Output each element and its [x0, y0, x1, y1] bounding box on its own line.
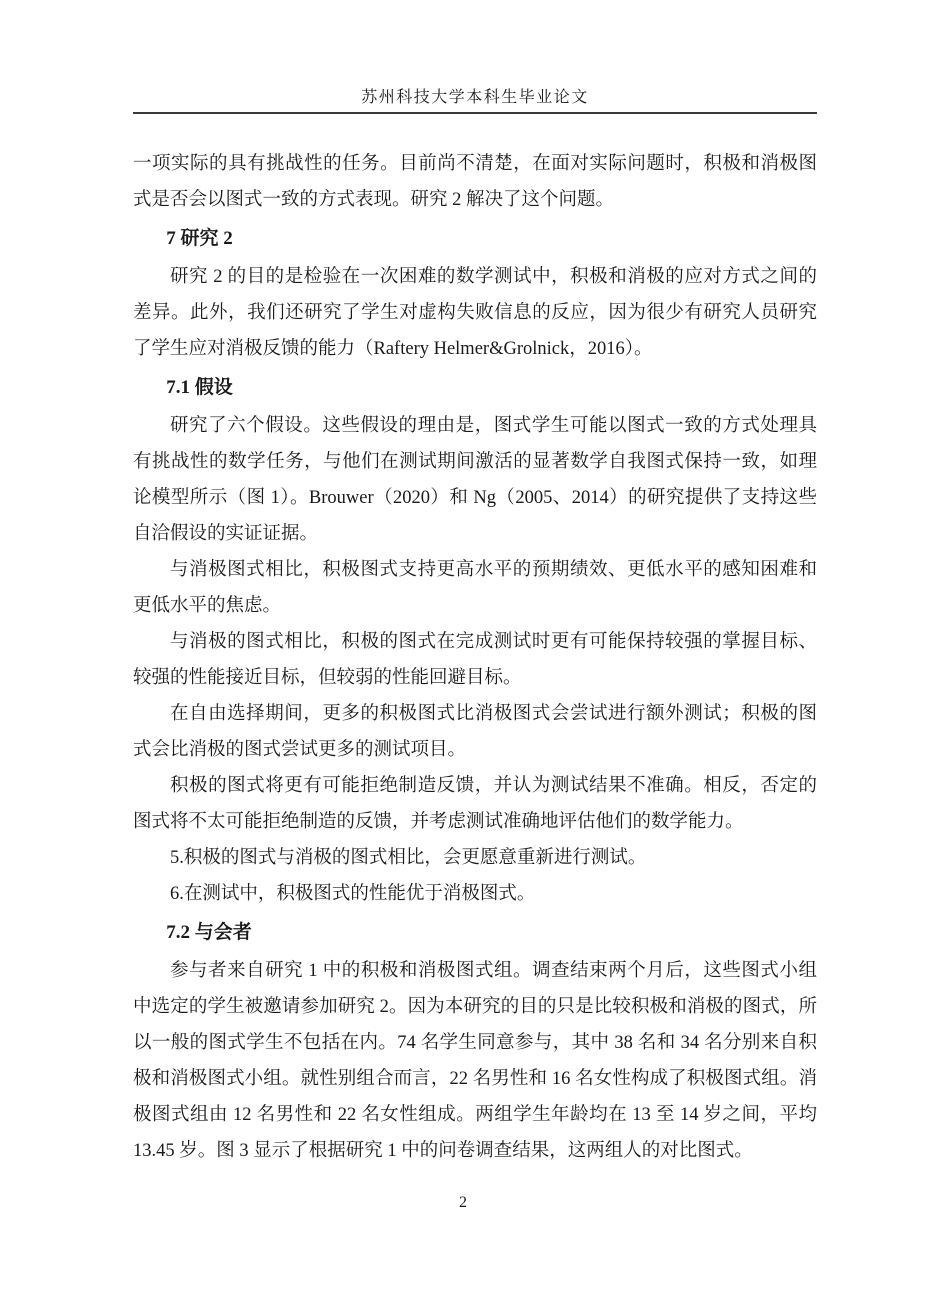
- subsection-heading-participants: 7.2 与会者: [133, 915, 817, 951]
- running-header-title: 苏州科技大学本科生毕业论文: [133, 84, 817, 107]
- paragraph-hypotheses-rationale: 研究了六个假设。这些假设的理由是，图式学生可能以图式一致的方式处理具有挑战性的数…: [133, 408, 817, 552]
- page-number: 2: [0, 1194, 926, 1212]
- paragraph-participants: 参与者来自研究 1 中的积极和消极图式组。调查结束两个月后，这些图式小组中选定的…: [133, 953, 817, 1169]
- subsection-heading-hypotheses: 7.1 假设: [133, 370, 817, 406]
- paragraph-hypothesis-5: 5.积极的图式与消极的图式相比，会更愿意重新进行测试。: [133, 840, 817, 876]
- section-heading-study-2: 7 研究 2: [133, 221, 817, 257]
- page-body: 一项实际的具有挑战性的任务。目前尚不清楚，在面对实际问题时，积极和消极图式是否会…: [133, 146, 817, 1169]
- paragraph-hypothesis-4: 积极的图式将更有可能拒绝制造反馈，并认为测试结果不准确。相反，否定的图式将不太可…: [133, 768, 817, 840]
- header-rule: [133, 112, 817, 114]
- paragraph-hypothesis-1: 与消极图式相比，积极图式支持更高水平的预期绩效、更低水平的感知困难和更低水平的焦…: [133, 552, 817, 624]
- paragraph-hypothesis-3: 在自由选择期间，更多的积极图式比消极图式会尝试进行额外测试；积极的图式会比消极的…: [133, 696, 817, 768]
- paragraph-hypothesis-2: 与消极的图式相比，积极的图式在完成测试时更有可能保持较强的掌握目标、较强的性能接…: [133, 624, 817, 696]
- paragraph-hypothesis-6: 6.在测试中，积极图式的性能优于消极图式。: [133, 876, 817, 912]
- paragraph-continued-from-previous-page: 一项实际的具有挑战性的任务。目前尚不清楚，在面对实际问题时，积极和消极图式是否会…: [133, 146, 817, 218]
- paragraph-study2-purpose: 研究 2 的目的是检验在一次困难的数学测试中，积极和消极的应对方式之间的差异。此…: [133, 259, 817, 367]
- thesis-page: 苏州科技大学本科生毕业论文 一项实际的具有挑战性的任务。目前尚不清楚，在面对实际…: [0, 0, 926, 1309]
